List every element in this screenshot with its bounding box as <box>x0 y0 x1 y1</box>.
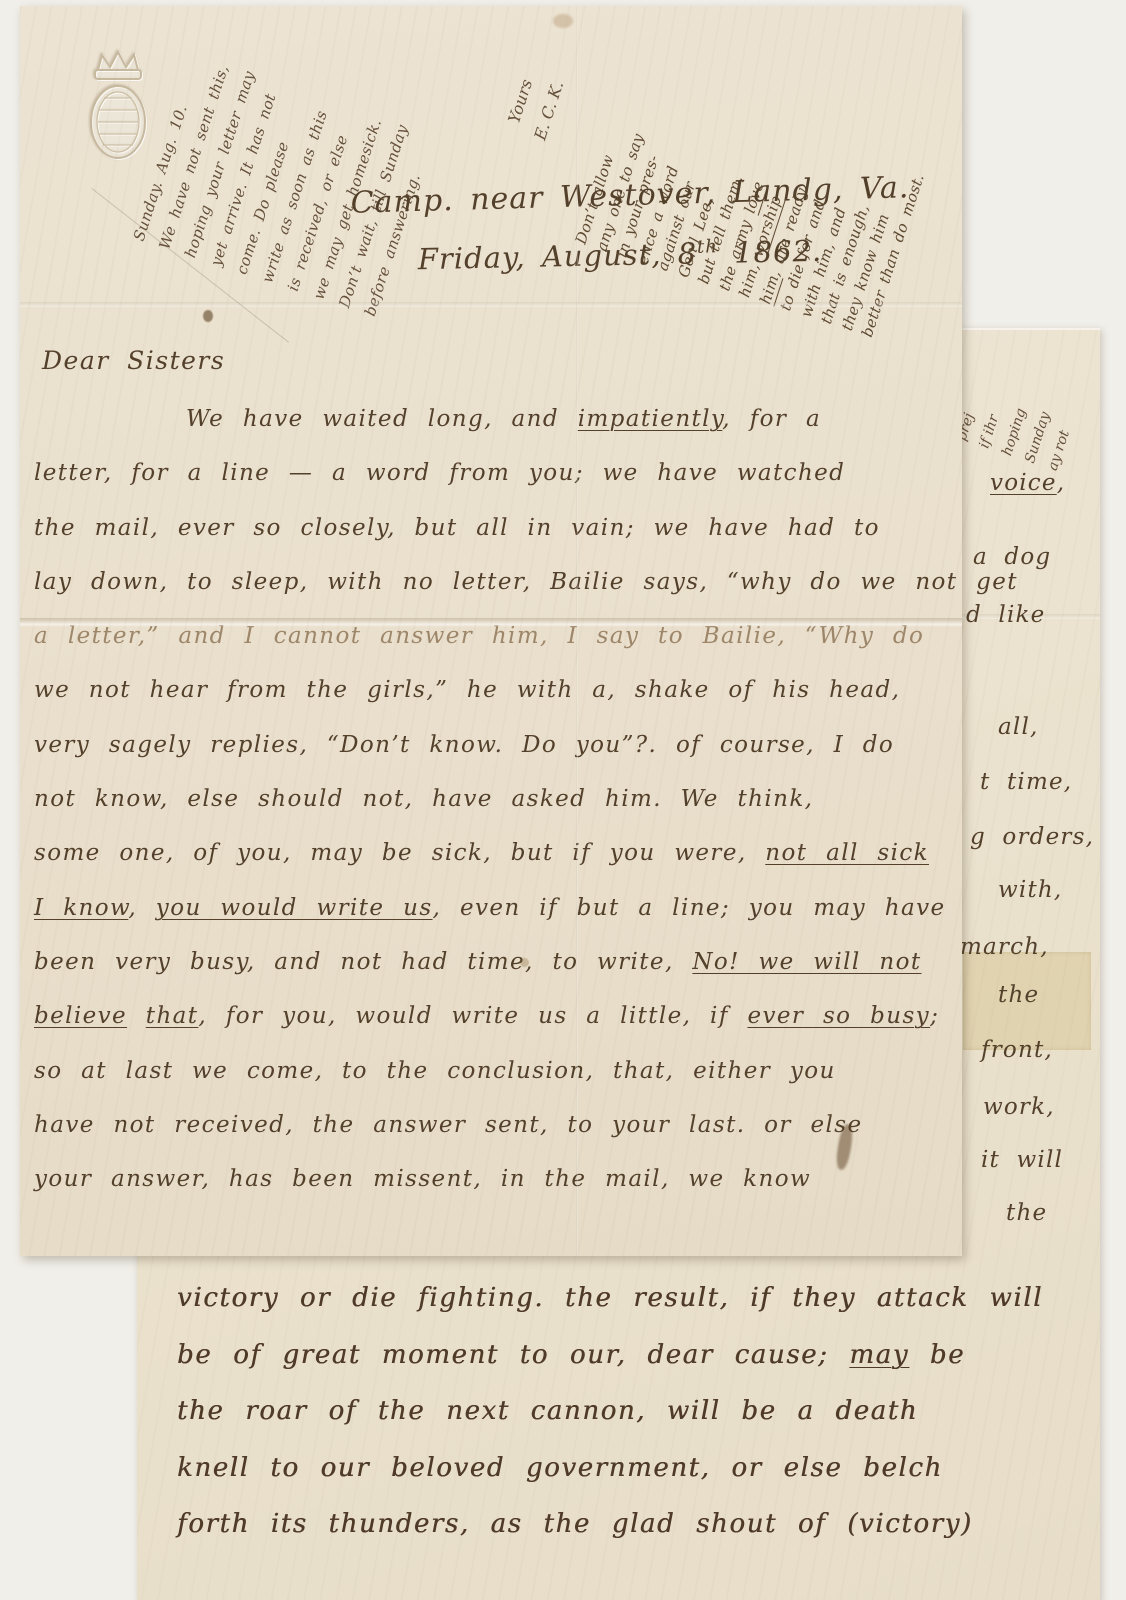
salutation: Dear Sisters <box>42 346 225 375</box>
letter-line: very sagely replies, “Don’t know. Do you… <box>34 718 959 772</box>
dateline-date: Friday, August, 8th 1862. <box>390 233 851 277</box>
cross-note-line: with him, and <box>796 123 878 320</box>
page2-edge-fragment: work, <box>983 1094 1055 1120</box>
fold-crease <box>20 302 962 307</box>
cross-note-line: come. Do please <box>229 0 366 278</box>
page2-body-lines: victory or die fighting. the result, if … <box>177 1270 1043 1553</box>
page2-letter-line: be of great moment to our, dear cause; m… <box>177 1327 1043 1384</box>
letter-line: lay down, to sleep, with no letter, Bail… <box>34 555 959 609</box>
cross-note-line: hoping your letter may <box>177 0 314 262</box>
page2-edge-fragment: it will <box>981 1147 1063 1173</box>
paper-stain <box>203 310 213 322</box>
dateline-place: Camp. near Westover, Landg, Va. <box>300 169 961 222</box>
letter-page-1: Sunday. Aug. 10.We have not sent this,ho… <box>20 6 962 1256</box>
page2-edge-fragment: with, <box>998 877 1062 903</box>
embossed-crest-seal-icon <box>68 46 168 168</box>
letter-line: not know, else should not, have asked hi… <box>34 772 959 826</box>
letter-body: We have waited long, and impatiently, fo… <box>34 392 959 1206</box>
letter-line: so at last we come, to the conclusion, t… <box>34 1044 959 1098</box>
letter-line: a letter,” and I cannot answer him, I sa… <box>34 609 959 663</box>
page2-edge-fragment: the <box>998 982 1039 1008</box>
signature-line: E. C. K. <box>512 35 587 187</box>
letter-line: your answer, has been missent, in the ma… <box>34 1152 959 1206</box>
page2-edge-fragment: march, <box>960 934 1049 960</box>
page2-edge-fragment: voice, <box>990 470 1065 496</box>
page2-letter-line: victory or die fighting. the result, if … <box>177 1270 1043 1327</box>
paper-scratch <box>91 188 289 343</box>
scanned-letter-photo: { "palette": { "background": "#f1efe9", … <box>0 0 1126 1600</box>
cross-note-line: Don’t allow <box>571 50 653 247</box>
page2-letter-line: knell to our beloved government, or else… <box>177 1440 1043 1497</box>
letter-line: letter, for a line — a word from you; we… <box>34 446 959 500</box>
page2-edge-fragment: d like <box>966 602 1046 628</box>
letter-line: We have waited long, and impatiently, fo… <box>34 392 959 446</box>
letter-line: some one, of you, may be sick, but if yo… <box>34 826 959 880</box>
letter-line: been very busy, and not had time, to wri… <box>34 935 959 989</box>
page2-edge-fragment: front, <box>981 1037 1053 1063</box>
page2-edge-fragment: t time, <box>980 769 1072 795</box>
page2-edge-fragment: the <box>1006 1200 1047 1226</box>
page2-edge-fragment: all, <box>998 714 1039 740</box>
cross-note-line: any one to say <box>591 57 673 254</box>
paper-stain <box>553 14 573 28</box>
letter-line: have not received, the answer sent, to y… <box>34 1098 959 1152</box>
page2-edge-fragment: g orders, <box>970 824 1094 850</box>
page2-letter-line: forth its thunders, as the glad shout of… <box>177 1496 1043 1553</box>
cross-note-line: that is enough, <box>816 130 898 327</box>
page2-edge-fragment: a dog <box>973 544 1051 570</box>
letter-line: the mail, ever so closely, but all in va… <box>34 501 959 555</box>
letter-line: I know, you would write us, even if but … <box>34 881 959 935</box>
letter-line: believe that, for you, would write us a … <box>34 989 959 1043</box>
page2-letter-line: the roar of the next cannon, will be a d… <box>177 1383 1043 1440</box>
cross-note-line: yet arrive. It has not <box>203 0 340 270</box>
cross-note-line: We have not sent this, <box>152 0 289 253</box>
letter-line: we not hear from the girls,” he with a, … <box>34 663 959 717</box>
cross-note-line: in your pres- <box>612 64 694 261</box>
cross-note-line: to die for and <box>775 117 857 314</box>
cross-note-line: write as soon as this <box>254 0 391 287</box>
signature-line: Yours <box>483 25 558 177</box>
